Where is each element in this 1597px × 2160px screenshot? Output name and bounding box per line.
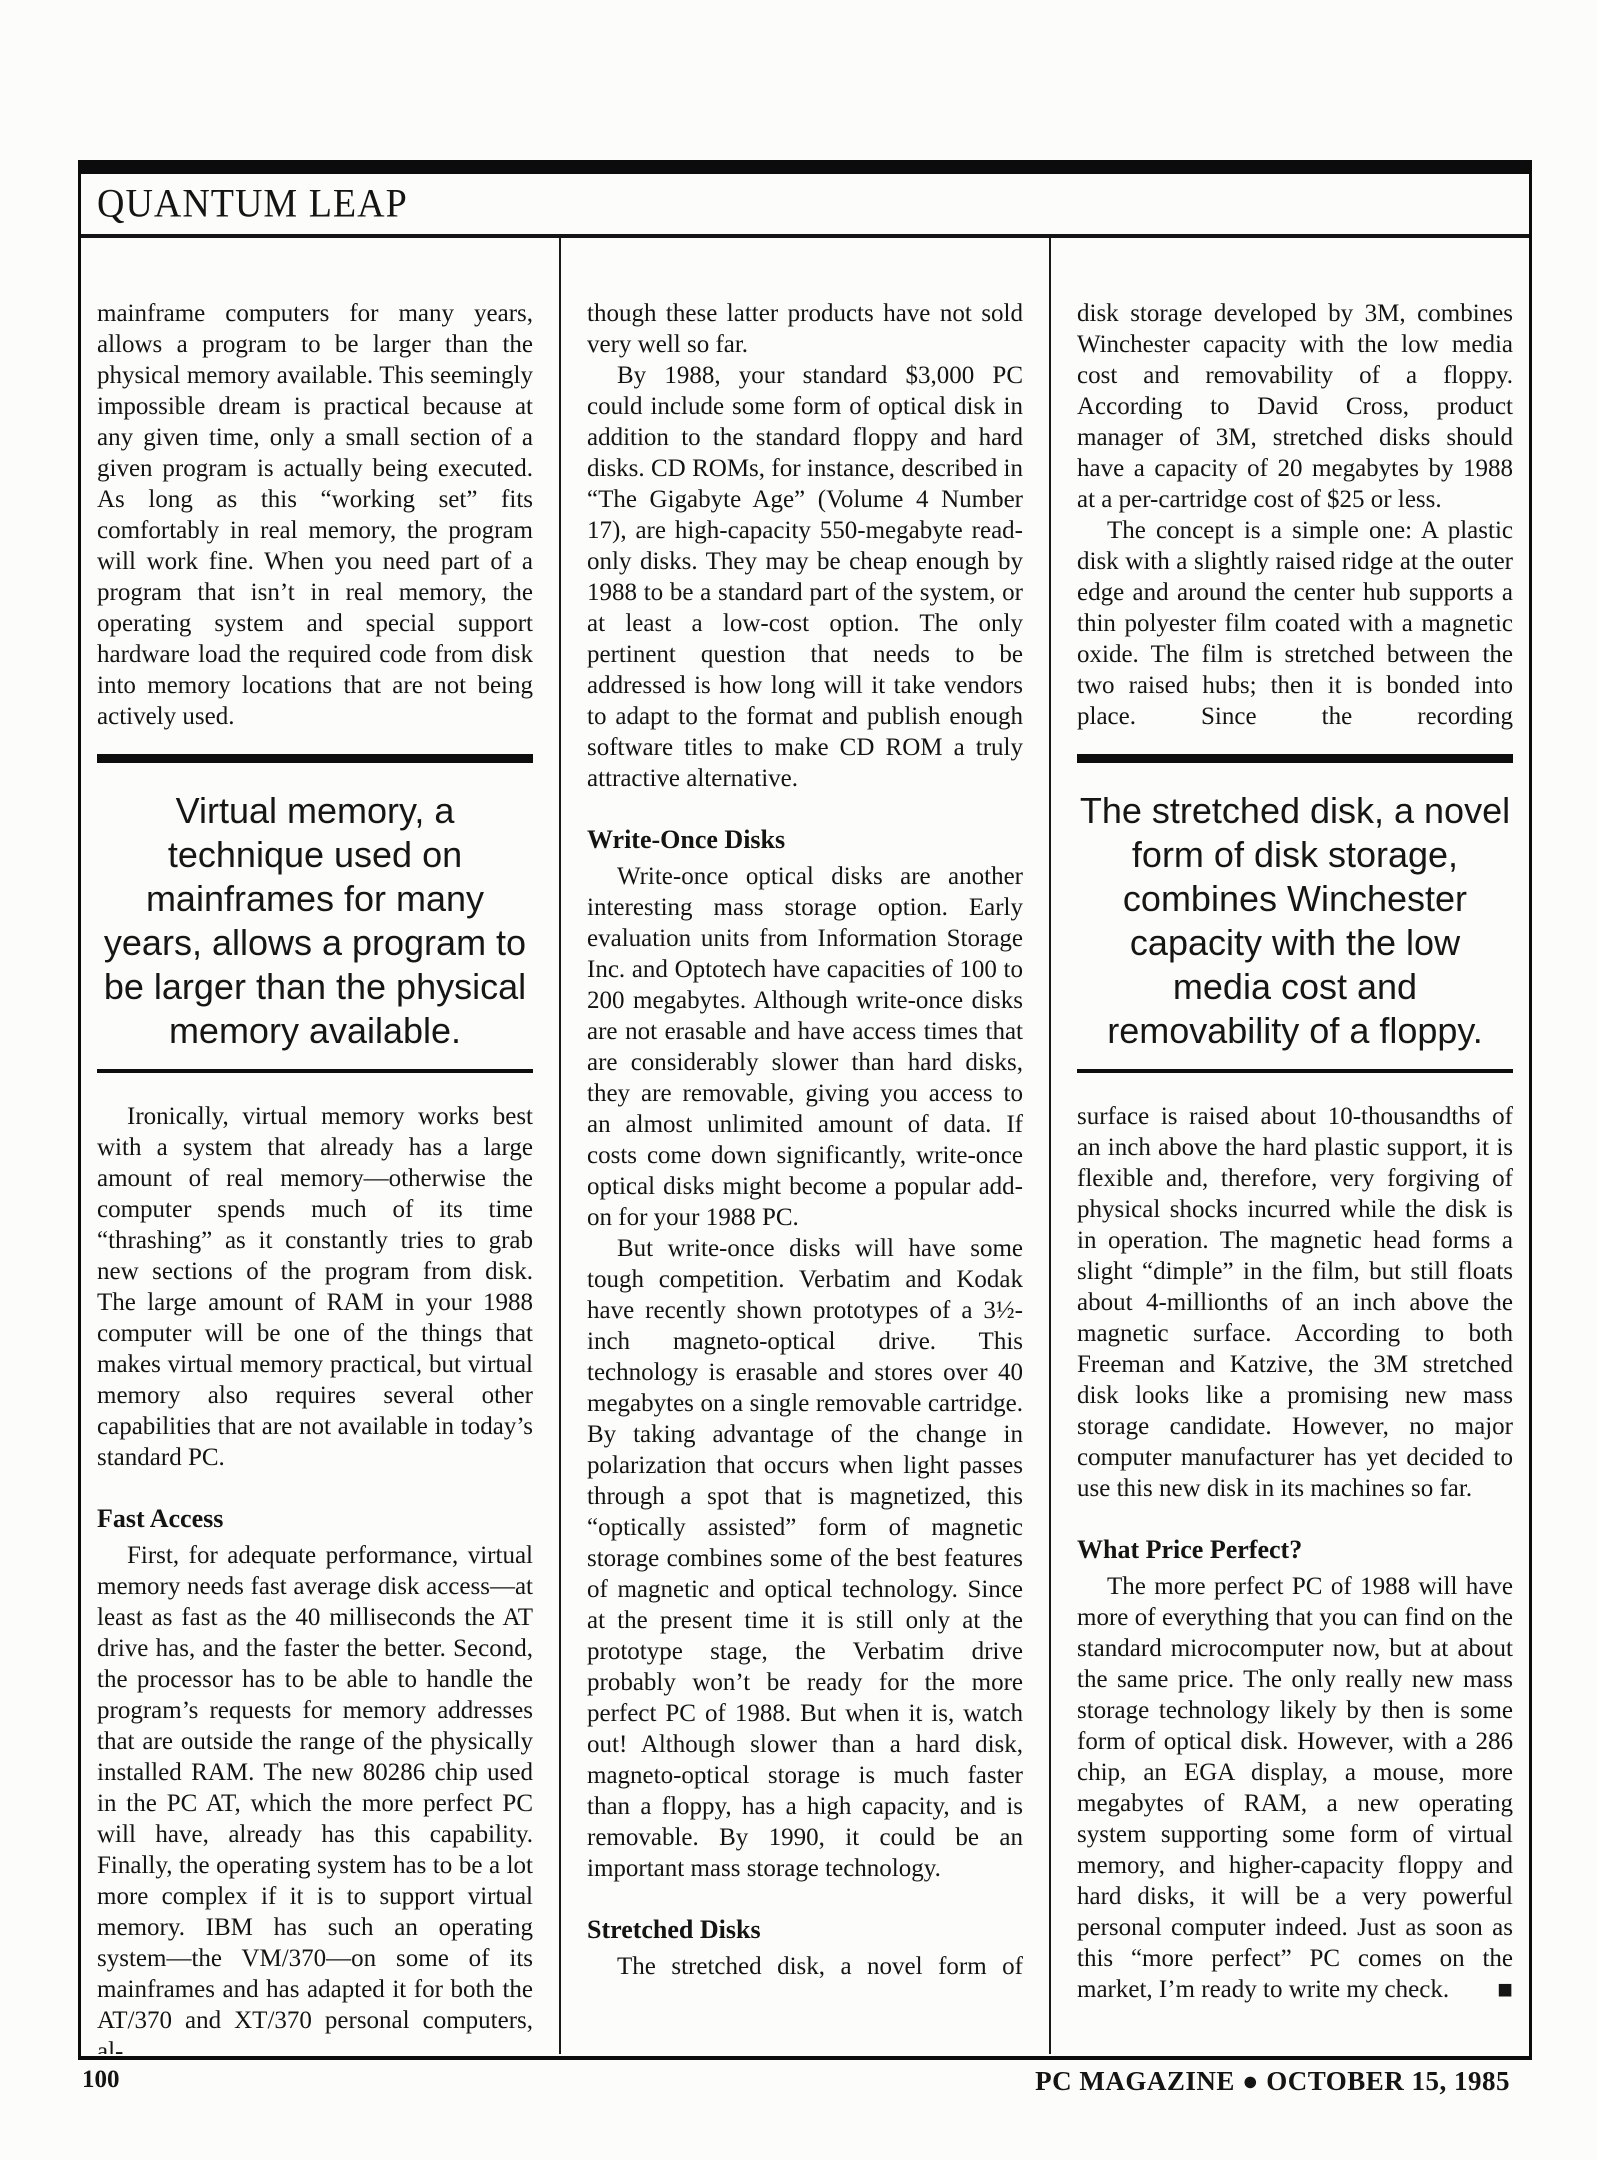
- column-masthead: QUANTUM LEAP: [97, 181, 408, 227]
- masthead-row: QUANTUM LEAP: [81, 174, 1529, 238]
- paragraph: Ironically, virtual memory works best wi…: [97, 1101, 533, 1473]
- paragraph-text: The more perfect PC of 1988 will have mo…: [1077, 1573, 1513, 2003]
- end-of-article-mark: ■: [1467, 1974, 1513, 2005]
- paragraph: By 1988, your standard $3,000 PC could i…: [587, 360, 1023, 794]
- page-number: 100: [78, 2066, 120, 2094]
- section-heading-what-price-perfect: What Price Perfect?: [1077, 1534, 1513, 1565]
- paragraph: mainframe computers for many years, allo…: [97, 298, 533, 732]
- column-divider-rule: [559, 238, 561, 2054]
- paragraph: First, for adequate performance, virtual…: [97, 1540, 533, 2054]
- column-3: disk storage developed by 3M, combines W…: [1077, 298, 1513, 2054]
- paragraph: though these latter products have not so…: [587, 298, 1023, 360]
- pull-quote-stretched-disk: The stretched disk, a novel form of disk…: [1077, 754, 1513, 1073]
- pull-quote-virtual-memory: Virtual memory, a technique used on main…: [97, 754, 533, 1073]
- article-frame: QUANTUM LEAP mainframe computers for man…: [78, 160, 1532, 2060]
- paragraph: surface is raised about 10-thousandths o…: [1077, 1101, 1513, 1504]
- section-heading-fast-access: Fast Access: [97, 1503, 533, 1534]
- magazine-credit-line: PC MAGAZINE ● OCTOBER 15, 1985: [1035, 2066, 1532, 2097]
- magazine-page-scan: QUANTUM LEAP mainframe computers for man…: [0, 0, 1597, 2160]
- paragraph: disk storage developed by 3M, combines W…: [1077, 298, 1513, 515]
- paragraph: The more perfect PC of 1988 will have mo…: [1077, 1571, 1513, 2005]
- section-heading-stretched-disks: Stretched Disks: [587, 1914, 1023, 1945]
- paragraph: Write-once optical disks are another int…: [587, 861, 1023, 1233]
- section-heading-write-once-disks: Write-Once Disks: [587, 824, 1023, 855]
- page-footer: 100 PC MAGAZINE ● OCTOBER 15, 1985: [78, 2066, 1532, 2097]
- column-1: mainframe computers for many years, allo…: [97, 298, 533, 2054]
- column-divider-rule: [1049, 238, 1051, 2054]
- paragraph: The stretched disk, a novel form of: [587, 1951, 1023, 1982]
- paragraph: But write-once disks will have some toug…: [587, 1233, 1023, 1884]
- column-2: though these latter products have not so…: [587, 298, 1023, 2054]
- paragraph: The concept is a simple one: A plastic d…: [1077, 515, 1513, 732]
- article-columns: mainframe computers for many years, allo…: [81, 238, 1529, 2054]
